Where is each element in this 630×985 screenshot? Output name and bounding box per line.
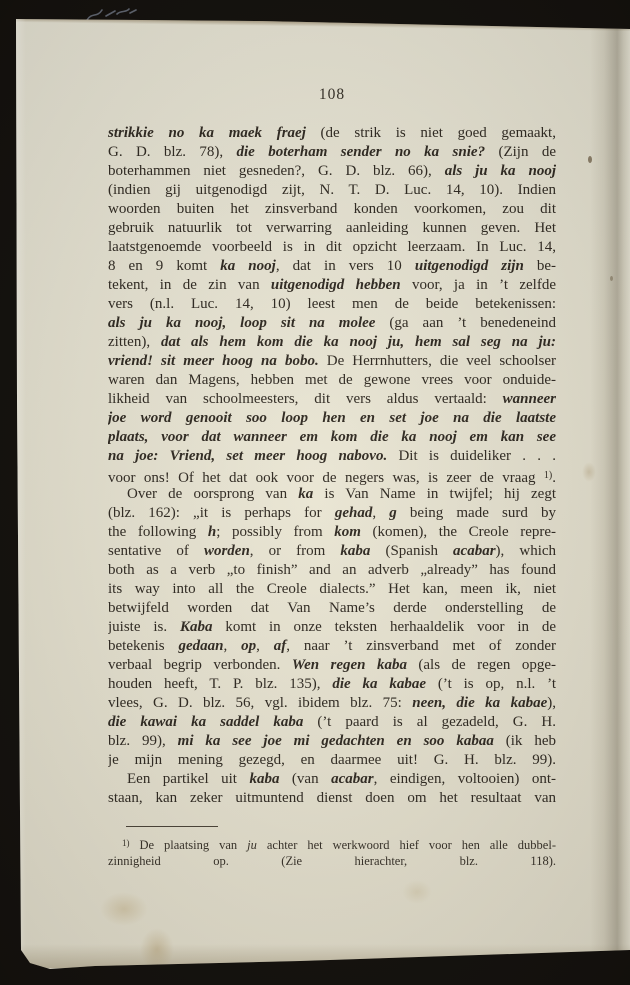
- text-line: houden heeft, T. P. blz. 135), die ka ka…: [108, 675, 556, 694]
- text-line: strikkie no ka maek fraej (de strik is n…: [108, 124, 556, 143]
- text-line: G. D. blz. 78), die boterham sender no k…: [108, 143, 556, 162]
- text-line: the following h; possibly from kom (kome…: [108, 523, 556, 542]
- text-line: na joe: Vriend, set meer hoog nabovo. Di…: [108, 447, 556, 466]
- text-line: waren dan Magens, hebben met de gewone v…: [108, 371, 556, 390]
- text-line: voor ons! Of het dat ook voor de negers …: [108, 466, 556, 485]
- paper-stain: [402, 880, 432, 904]
- text-line: (blz. 162): „it is perhaps for gehad, g …: [108, 504, 556, 523]
- text-line: je mijn mening gezegd, en daarmee uit! G…: [108, 751, 556, 770]
- text-line: gebruik natuurlik tot verwarring aanleid…: [108, 219, 556, 238]
- page-number: 108: [108, 86, 556, 104]
- paper-speck: [610, 276, 613, 281]
- text-line: joe word genooit soo loop hen en set joe…: [108, 409, 556, 428]
- paper-stain: [100, 892, 148, 926]
- text-line: vriend! sit meer hoog na bobo. De Herrnh…: [108, 352, 556, 371]
- text-line: vers (n.l. Luc. 14, 10) leest men de bei…: [108, 295, 556, 314]
- text-line: betekenis gedaan, op, af, naar ’t zinsve…: [108, 637, 556, 656]
- paper-bottom-edge-shadow: [20, 944, 630, 968]
- text-line: zinnigheid op. (Zie hierachter, blz. 118…: [108, 852, 556, 870]
- body-text: strikkie no ka maek fraej (de strik is n…: [108, 124, 556, 808]
- text-line: boterhammen niet gesneden?, G. D. blz. 6…: [108, 162, 556, 181]
- text-line: die kawai ka saddel kaba (’t paard is al…: [108, 713, 556, 732]
- text-line: als ju ka nooj, loop sit na molee (ga aa…: [108, 314, 556, 333]
- text-line: Over de oorsprong van ka is Van Name in …: [108, 485, 556, 504]
- text-line: plaats, voor dat wanneer em kom die ka n…: [108, 428, 556, 447]
- text-line: vlees, G. D. blz. 56, vgl. ibidem blz. 7…: [108, 694, 556, 713]
- text-line: blz. 99), mi ka see joe mi gedachten en …: [108, 732, 556, 751]
- text-line: laatstgenoemde voorbeeld is in dit opzic…: [108, 238, 556, 257]
- paper-page: 108 strikkie no ka maek fraej (de strik …: [0, 0, 630, 985]
- text-line: staan, kan zeker uitmuntend dienst doen …: [108, 789, 556, 808]
- paper-stain: [140, 928, 174, 970]
- footnote: 1) De plaatsing van ju achter het werkwo…: [108, 834, 556, 870]
- footnote-rule: [126, 826, 218, 827]
- text-line: Een partikel uit kaba (van acabar, eindi…: [108, 770, 556, 789]
- scanned-book-page: 108 strikkie no ka maek fraej (de strik …: [0, 0, 630, 985]
- text-line: its way into all the Creole dialects.” H…: [108, 580, 556, 599]
- text-line: both as a verb „to finish” and an adverb…: [108, 561, 556, 580]
- paper-stain: [582, 462, 596, 482]
- text-line: woorden buiten het zinsverband konden vo…: [108, 200, 556, 219]
- text-line: verbaal begrip verbonden. Wen regen kaba…: [108, 656, 556, 675]
- text-line: (indien gij uitgenodigd zijt, N. T. D. L…: [108, 181, 556, 200]
- gutter-shadow: [590, 0, 630, 985]
- text-line: sentative of worden, or from kaba (Spani…: [108, 542, 556, 561]
- text-line: betwijfeld worden dat Van Name’s derde o…: [108, 599, 556, 618]
- text-line: 1) De plaatsing van ju achter het werkwo…: [108, 834, 556, 852]
- text-line: zitten), dat als hem kom die ka nooj ju,…: [108, 333, 556, 352]
- paper-left-edge-highlight: [16, 19, 26, 959]
- paper-speck: [588, 156, 592, 163]
- text-line: likheid van schoolmeesters, dit vers ald…: [108, 390, 556, 409]
- text-line: 8 en 9 komt ka nooj, dat in vers 10 uitg…: [108, 257, 556, 276]
- text-line: juiste is. Kaba komt in onze teksten her…: [108, 618, 556, 637]
- text-line: tekent, in de zin van uitgenodigd hebben…: [108, 276, 556, 295]
